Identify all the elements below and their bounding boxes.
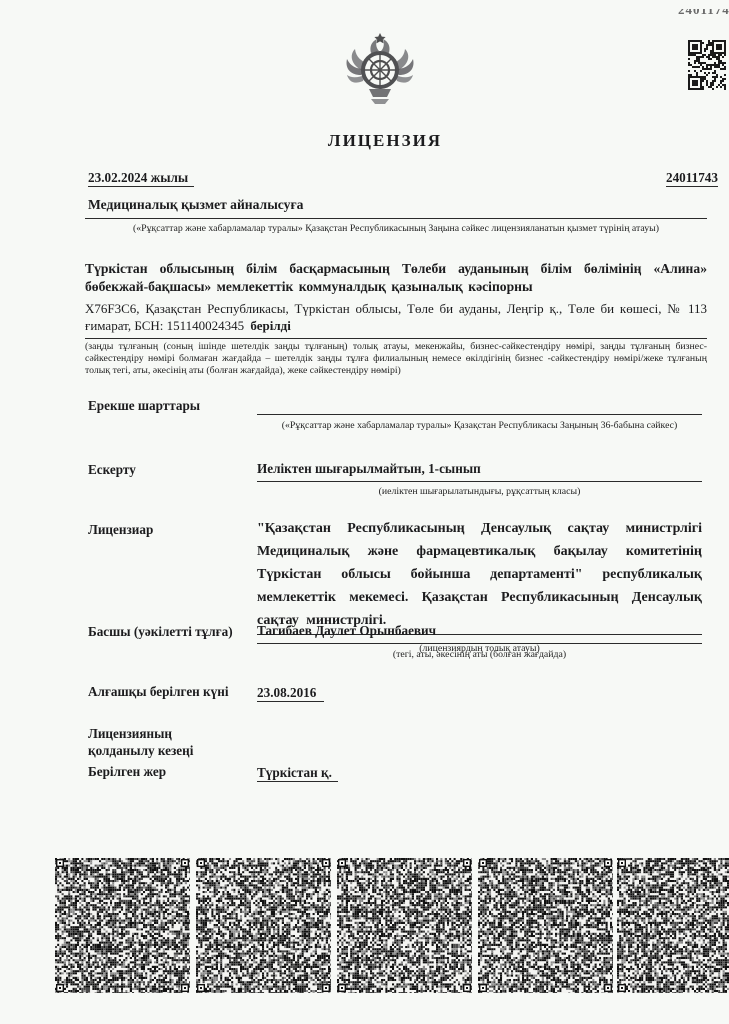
page-corner-number: 24011743: [678, 9, 729, 20]
special-terms-note: («Рұқсаттар және хабарламалар туралы» Қа…: [257, 420, 702, 432]
issue-date: 23.02.2024 жылы: [88, 170, 194, 187]
head-value-field: Тагибаев Даулет Орынбаевич: [257, 622, 702, 644]
datamatrix-noise-block-2: [196, 858, 331, 993]
remark-note: (иеліктен шығарылатындығы, рұқсаттың кла…: [257, 486, 702, 498]
special-terms-label: Ерекше шарттары: [88, 398, 200, 414]
separator-line: [85, 218, 707, 219]
address-text: X76F3C6, Қазақстан Республикасы, Түркіст…: [85, 301, 707, 333]
page-title: ЛИЦЕНЗИЯ: [60, 131, 710, 151]
first-issue-value: 23.08.2016: [257, 685, 324, 702]
place-label: Берілген жер: [88, 764, 166, 780]
remark-label: Ескерту: [88, 462, 136, 478]
head-value: Тагибаев Даулет Орынбаевич: [257, 623, 436, 638]
datamatrix-noise-block-4: [478, 858, 613, 993]
licensee-note: (заңды тұлғаның (соның ішінде шетелдік з…: [85, 341, 707, 378]
datamatrix-noise-block-5: [617, 858, 729, 993]
validity-label: Лицензияның қолданылу кезеңі: [88, 726, 238, 759]
issued-word: берілді: [250, 318, 290, 333]
licensor-label: Лицензиар: [88, 522, 153, 538]
license-number: 24011743: [666, 170, 718, 187]
first-issue-label: Алғашқы берілген күні: [88, 684, 229, 700]
activity-note: («Рұқсаттар және хабарламалар туралы» Қа…: [106, 223, 686, 235]
head-label: Басшы (уәкілетті тұлға): [88, 624, 233, 640]
special-terms-value: [257, 395, 702, 415]
place-value: Түркістан қ.: [257, 765, 338, 782]
head-note: (тегі, аты, әкесінің аты (болған жағдайд…: [257, 649, 702, 661]
qr-code-icon: [688, 40, 726, 90]
licensee-address: X76F3C6, Қазақстан Республикасы, Түркіст…: [85, 301, 707, 334]
separator-line: [85, 338, 707, 339]
kazakhstan-coat-of-arms-icon: [341, 31, 419, 109]
datamatrix-noise-block-3: [337, 858, 472, 993]
licensee-name: Түркістан облысының білім басқармасының …: [85, 260, 707, 296]
activity-heading: Медициналық қызмет айналысуға: [88, 197, 303, 213]
remark-value-field: Иеліктен шығарылмайтын, 1-сынып: [257, 460, 702, 482]
license-document-page: 24011743 Л: [0, 0, 729, 1024]
licensor-value: "Қазақстан Республикасының Денсаулық сақ…: [257, 517, 702, 635]
remark-value: Иеліктен шығарылмайтын, 1-сынып: [257, 461, 481, 476]
datamatrix-noise-block-1: [55, 858, 190, 993]
